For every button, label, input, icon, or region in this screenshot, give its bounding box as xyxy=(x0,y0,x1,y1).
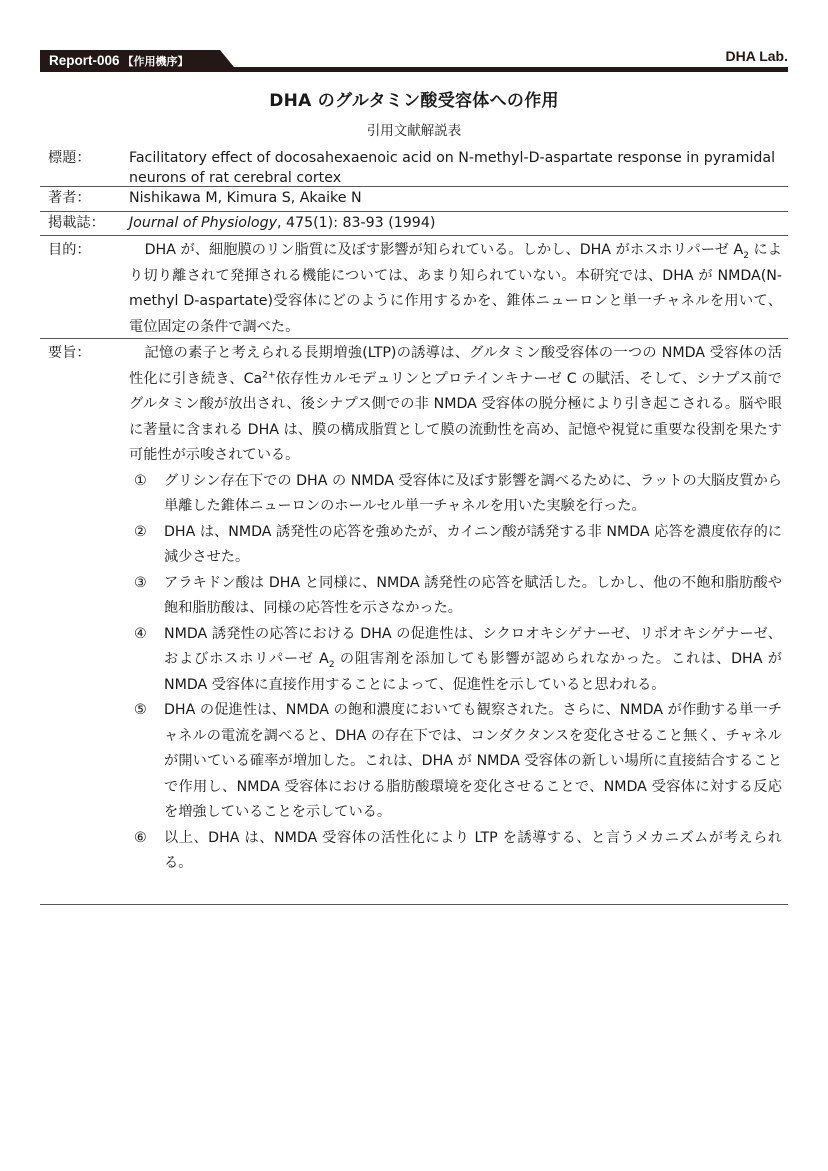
item-number: ② xyxy=(129,520,164,571)
item-text: 以上、DHA は、NMDA 受容体の活性化により LTP を誘導する、と言うメカ… xyxy=(164,826,782,877)
journal-value: Journal of Physiology, 475(1): 83-93 (19… xyxy=(129,212,788,235)
journal-details: , 475(1): 83-93 (1994) xyxy=(277,215,435,231)
authors-value: Nishikawa M, Kimura S, Akaike N xyxy=(129,187,788,211)
report-category: 【作用機序】 xyxy=(123,56,189,68)
row-authors: 著者： Nishikawa M, Kimura S, Akaike N xyxy=(40,187,788,212)
list-item: ② DHA は、NMDA 誘発性の応答を強めたが、カイニン酸が誘発する非 NMD… xyxy=(129,520,782,571)
journal-label: 掲載誌： xyxy=(40,212,129,235)
item-text: アラキドン酸は DHA と同様に、NMDA 誘発性の応答を賦活した。しかし、他の… xyxy=(164,571,782,622)
citation-table: 標題： Facilitatory effect of docosahexaeno… xyxy=(40,144,788,905)
item-number: ⑤ xyxy=(129,698,164,826)
summary-intro: 記憶の素子と考えられる長期増強(LTP)の誘導は、グルタミン酸受容体の一つの N… xyxy=(129,341,782,469)
item-number: ① xyxy=(129,469,164,520)
title-label: 標題： xyxy=(40,148,129,186)
title-value: Facilitatory effect of docosahexaenoic a… xyxy=(129,148,788,186)
report-header: Report-006【作用機序】 DHA Lab. xyxy=(40,50,788,72)
page-subtitle: 引用文献解説表 xyxy=(0,119,828,139)
item-number: ③ xyxy=(129,571,164,622)
purpose-label: 目的： xyxy=(40,238,129,338)
purpose-text: DHA が、細胞膜のリン脂質に及ぼす影響が知られている。しかし、DHA がホスホ… xyxy=(129,238,788,338)
page-title: DHA のグルタミン酸受容体への作用 xyxy=(0,86,828,111)
item-text: DHA は、NMDA 誘発性の応答を強めたが、カイニン酸が誘発する非 NMDA … xyxy=(164,520,782,571)
list-item: ④ NMDA 誘発性の応答における DHA の促進性は、シクロオキシゲナーゼ、リ… xyxy=(129,622,782,699)
brand-name: DHA Lab. xyxy=(726,48,788,64)
summary-label: 要旨： xyxy=(40,341,129,904)
report-id: Report-006 xyxy=(49,53,120,68)
summary-superscript: 2+ xyxy=(262,370,275,380)
summary-body: 記憶の素子と考えられる長期増強(LTP)の誘導は、グルタミン酸受容体の一つの N… xyxy=(129,341,788,904)
list-item: ⑥ 以上、DHA は、NMDA 受容体の活性化により LTP を誘導する、と言う… xyxy=(129,826,782,877)
report-tab-label: Report-006【作用機序】 xyxy=(49,50,189,73)
list-item: ⑤ DHA の促進性は、NMDA の飽和濃度においても観察された。さらに、NMD… xyxy=(129,698,782,826)
item-number: ⑥ xyxy=(129,826,164,877)
item-text: DHA の促進性は、NMDA の飽和濃度においても観察された。さらに、NMDA … xyxy=(164,698,782,826)
list-item: ③ アラキドン酸は DHA と同様に、NMDA 誘発性の応答を賦活した。しかし、… xyxy=(129,571,782,622)
item-text: グリシン存在下での DHA の NMDA 受容体に及ぼす影響を調べるために、ラッ… xyxy=(164,469,782,520)
item-number: ④ xyxy=(129,622,164,699)
row-purpose: 目的： DHA が、細胞膜のリン脂質に及ぼす影響が知られている。しかし、DHA … xyxy=(40,236,788,339)
row-summary: 要旨： 記憶の素子と考えられる長期増強(LTP)の誘導は、グルタミン酸受容体の一… xyxy=(40,339,788,905)
purpose-text-a: DHA が、細胞膜のリン脂質に及ぼす影響が知られている。しかし、DHA がホスホ… xyxy=(145,242,744,258)
authors-label: 著者： xyxy=(40,187,129,211)
row-journal: 掲載誌： Journal of Physiology, 475(1): 83-9… xyxy=(40,212,788,236)
journal-name: Journal of Physiology xyxy=(129,215,277,231)
list-item: ① グリシン存在下での DHA の NMDA 受容体に及ぼす影響を調べるために、… xyxy=(129,469,782,520)
item-text: NMDA 誘発性の応答における DHA の促進性は、シクロオキシゲナーゼ、リポオ… xyxy=(164,622,782,699)
row-title: 標題： Facilitatory effect of docosahexaeno… xyxy=(40,144,788,187)
header-rule xyxy=(230,67,788,72)
